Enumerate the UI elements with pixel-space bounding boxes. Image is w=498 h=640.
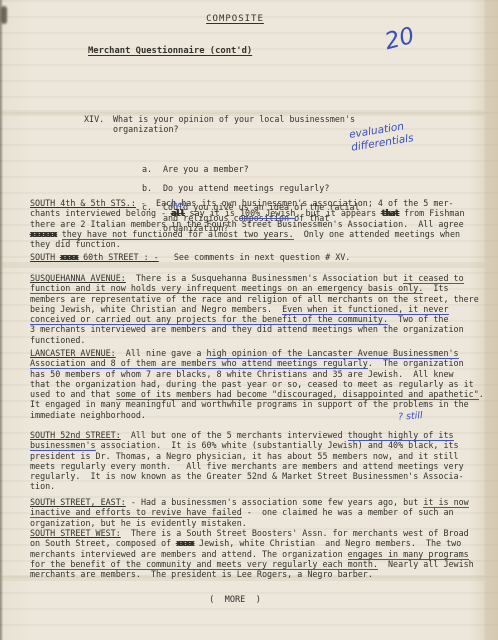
- street-heading: SOUTH: [30, 252, 60, 262]
- text-line: function and it now holds very infrequen…: [30, 283, 486, 293]
- typed-text: tion.: [30, 481, 55, 491]
- typed-text: Two of the: [388, 314, 449, 324]
- text-line: tion.: [30, 481, 486, 491]
- street-heading: SOUTH 52nd STREET:: [30, 430, 121, 440]
- paragraph-south-4th-5th: SOUTH 4th & 5th STS.: - Each has its own…: [30, 198, 486, 249]
- typed-text: [57, 229, 62, 239]
- text-line: Association and 8 of them are members wh…: [30, 358, 486, 368]
- text-line: on South Street, composed of xxxx Jewish…: [30, 538, 486, 548]
- paragraph-susquehanna-avenue: SUSQUEHANNA AVENUE: There is a Susquehan…: [30, 273, 486, 345]
- question-item-a: a.Are you a member?: [142, 164, 360, 174]
- typed-text: being Jewish, white Christian and Negro …: [30, 304, 282, 314]
- typed-text: meets regularly every month. All five me…: [30, 461, 464, 471]
- typed-text: immediate neighborhood.: [30, 410, 146, 420]
- typed-text: there are 2 Italian members in the Fourt…: [30, 219, 464, 229]
- text-line: that the organization had, during the pa…: [30, 379, 486, 389]
- scan-streak: [0, 262, 484, 268]
- typed-over-strikeout: xxxx: [176, 538, 194, 548]
- item-label: b.: [142, 183, 163, 193]
- street-heading: SUSQUEHANNA AVENUE:: [30, 273, 126, 283]
- typed-text: from Fishman: [399, 208, 465, 218]
- text-line: merchants interviewed are members and at…: [30, 549, 486, 559]
- paragraph-south-52nd-street: SOUTH 52nd STREET: All but one of the 5 …: [30, 430, 486, 492]
- text-line: members are representative of the race a…: [30, 294, 486, 304]
- typed-text: - one claimed he was a member of such an: [242, 507, 454, 517]
- typed-text: merchants interviewed are members and at…: [30, 549, 348, 559]
- typed-text: , but it appears: [295, 208, 381, 218]
- page-edge-shadow: [0, 0, 3, 640]
- text-line: 3 merchants interviewed are members and …: [30, 324, 486, 334]
- item-text: Are you a member?: [163, 164, 249, 174]
- text-line: organization, but he is evidently mistak…: [30, 518, 486, 528]
- typed-over-strikeout: xxxxxx: [30, 229, 57, 239]
- page-footer: ( MORE ): [0, 595, 470, 605]
- paragraph-south-60th: SOUTH xxxx 60th STREET : - See comments …: [30, 252, 486, 262]
- text-line: SOUTH 4th & 5th STS.: - Each has its own…: [30, 198, 486, 208]
- text-line: inactive and efforts to revive have fail…: [30, 507, 486, 517]
- text-line: merchants are members. The president is …: [30, 569, 486, 579]
- typed-over-strikeout: that: [381, 208, 399, 218]
- typed-text: Its: [423, 283, 448, 293]
- text-line: there are 2 Italian members in the Fourt…: [30, 219, 486, 229]
- typed-text: There is a South Street Boosters' Assn. …: [121, 528, 469, 538]
- typed-text: association. It is 60% white (substantia…: [96, 440, 459, 450]
- text-line: functioned.: [30, 335, 486, 345]
- text-line: chants interviewed belong - allthey say …: [30, 208, 486, 218]
- text-line: SUSQUEHANNA AVENUE: There is a Susquehan…: [30, 273, 486, 283]
- typed-text: they did function.: [30, 239, 121, 249]
- street-heading: SOUTH STREET, EAST:: [30, 497, 126, 507]
- text-line: businessmen's association. It is 60% whi…: [30, 440, 486, 450]
- street-heading: SOUTH 4th & 5th STS.:: [30, 198, 136, 208]
- typed-text: All but one of the 5 merchants interview…: [121, 430, 348, 440]
- document-subtitle: Merchant Questionnaire (cont'd): [88, 46, 252, 56]
- typed-text: - Had a businessmen's association some f…: [126, 497, 424, 507]
- typed-text: members are representative of the race a…: [30, 294, 479, 304]
- typed-text: used to and that: [30, 389, 116, 399]
- document-title: COMPOSITE: [0, 14, 470, 24]
- text-line: has 50 members of whom 7 are blacks, 8 w…: [30, 369, 486, 379]
- text-line: SOUTH STREET, EAST: - Had a businessmen'…: [30, 497, 486, 507]
- item-label: a.: [142, 164, 163, 174]
- typed-text: that the organization had, during the pa…: [30, 379, 474, 389]
- paragraph-south-street-east: SOUTH STREET, EAST: - Had a businessmen'…: [30, 497, 486, 528]
- typed-text: There is a Susquehanna Businessmen's Ass…: [126, 273, 403, 283]
- text-line: they did function.: [30, 239, 486, 249]
- paragraph-south-street-west: SOUTH STREET WEST: There is a South Stre…: [30, 528, 486, 579]
- handwritten-correction: they: [170, 200, 188, 212]
- handwritten-page-number: 20: [382, 23, 417, 55]
- paragraph-lancaster-avenue: LANCASTER AVENUE: All nine gave a high o…: [30, 348, 486, 420]
- typed-text: functioned.: [30, 335, 85, 345]
- item-text: Do you attend meetings regularly?: [163, 183, 329, 193]
- text-line: xxxxxx they have not functioned for almo…: [30, 229, 486, 239]
- text-line: for the benefit of the community and mee…: [30, 559, 486, 569]
- question-text: What is your opinion of your local busin…: [113, 114, 355, 135]
- text-line: SOUTH xxxx 60th STREET : - See comments …: [30, 252, 486, 262]
- typed-text: Jewish, white Christian and Negro member…: [194, 538, 461, 548]
- question-number: XIV.: [84, 114, 113, 135]
- text-line: being Jewish, white Christian and Negro …: [30, 304, 486, 314]
- text-line: president is Dr. Thomas, a Negro physici…: [30, 451, 486, 461]
- text-line: SOUTH 52nd STREET: All but one of the 5 …: [30, 430, 486, 440]
- street-heading: SOUTH STREET WEST:: [30, 528, 121, 538]
- scanned-document-page: COMPOSITE Merchant Questionnaire (cont'd…: [0, 0, 498, 640]
- street-heading: xxxx: [60, 252, 78, 262]
- typed-over-strikeout: allthey: [171, 208, 184, 218]
- typed-text: Nearly all Jewish: [378, 559, 474, 569]
- text-line: LANCASTER AVENUE: All nine gave a high o…: [30, 348, 486, 358]
- typed-text: Only one attended meetings when: [294, 229, 460, 239]
- question-header: XIV. What is your opinion of your local …: [84, 114, 360, 135]
- typed-text: president is Dr. Thomas, a Negro physici…: [30, 451, 459, 461]
- street-heading: 60th STREET : -: [78, 252, 159, 262]
- typed-text: .: [479, 389, 484, 399]
- typed-text: say it is: [185, 208, 240, 218]
- typed-text: merchants are members. The president is …: [30, 569, 373, 579]
- text-line: regularly. It is now known as the Greate…: [30, 471, 486, 481]
- typed-text: chants interviewed belong -: [30, 208, 171, 218]
- typed-text: regularly. It is now known as the Greate…: [30, 471, 464, 481]
- typed-text: All nine gave a: [116, 348, 207, 358]
- typed-text: organization, but he is evidently mistak…: [30, 518, 247, 528]
- typed-text: 3 merchants interviewed are members and …: [30, 324, 464, 334]
- question-item-b: b.Do you attend meetings regularly?: [142, 183, 360, 193]
- typed-text: on South Street, composed of: [30, 538, 176, 548]
- text-line: SOUTH STREET WEST: There is a South Stre…: [30, 528, 486, 538]
- street-heading: LANCASTER AVENUE:: [30, 348, 116, 358]
- typed-text: has 50 members of whom 7 are blacks, 8 w…: [30, 369, 454, 379]
- typed-text: . The organization: [368, 358, 464, 368]
- text-line: meets regularly every month. All five me…: [30, 461, 486, 471]
- typed-text: See comments in next question # XV.: [159, 252, 351, 262]
- text-line: immediate neighborhood.: [30, 410, 486, 420]
- text-line: It engaged in many meaningful and worthw…: [30, 399, 486, 409]
- text-line: conceived or carried out any projects fo…: [30, 314, 486, 324]
- text-line: used to and that some of its members had…: [30, 389, 486, 399]
- typed-text: It engaged in many meaningful and worthw…: [30, 399, 469, 409]
